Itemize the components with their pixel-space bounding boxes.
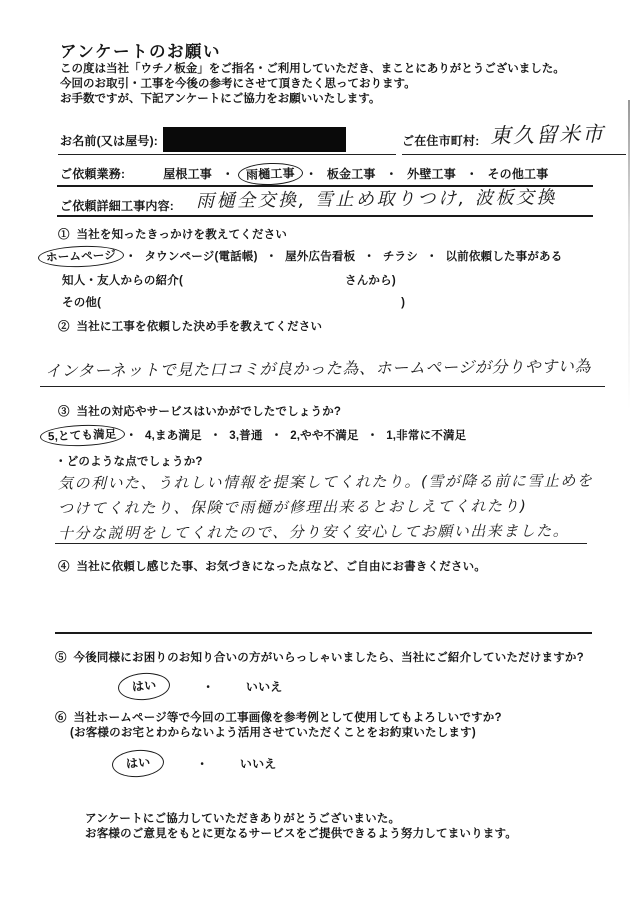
question-3-number: ③ [58, 406, 70, 418]
question-3-text: 当社の対応やサービスはいかがでしたでしょうか? [77, 406, 342, 418]
question-1-options-row: ホームページ ・ タウンページ(電話帳) ・ 屋外広告看板 ・ チラシ ・ 以前… [44, 248, 562, 264]
separator-dot: ・ [222, 166, 234, 182]
intro-paragraph: この度は当社「ウチノ板金」をご指名・ご利用していただき、まことにありがとうござい… [60, 62, 565, 107]
q1-option-flyer: チラシ [383, 248, 418, 264]
question-3-answer-underline [55, 543, 587, 544]
separator-dot: ・ [271, 427, 283, 443]
separator-dot: ・ [202, 679, 214, 695]
redacted-name-box [163, 127, 346, 152]
question-1-number: ① [58, 229, 70, 241]
q1-referral-suffix: さんから) [345, 275, 396, 287]
question-2-handwritten-answer: インターネットで見た口コミが良かった為、ホームページが分りやすい為 [45, 354, 591, 382]
question-3-handwritten-answer: 気の利いた、うれしい情報を提案してくれたり。(雪が降る前に雪止めを つけてくれた… [58, 470, 593, 545]
city-handwritten-value: 東久留米市 [490, 118, 606, 150]
name-field-label: お名前(又は屋号): [60, 132, 158, 149]
question-6-yesno-row: はい ・ いいえ [112, 750, 277, 777]
question-3-rating-row: 5,とても満足 ・ 4,まあ満足 ・ 3,普通 ・ 2,やや不満足 ・ 1,非常… [46, 427, 466, 443]
question-3-sub-question: ・どのような点でしょうか? [55, 453, 203, 469]
work-type-option-wall: 外壁工事 [407, 165, 456, 182]
q1-other-suffix: ) [401, 297, 405, 309]
question-5-text: 今後同様にお困りのお知り合いの方がいらっしゃいましたら、当社にご紹介していただけ… [74, 652, 584, 664]
scan-edge-artifact [628, 100, 630, 410]
intro-line-3: お手数ですが、下記アンケートにご協力をお願いいたします。 [60, 92, 565, 107]
separator-dot: ・ [363, 248, 375, 264]
q1-referral-line: 知人・友人からの紹介(さんから) [62, 272, 396, 288]
question-2-number: ② [58, 321, 70, 333]
work-type-option-sheetmetal: 板金工事 [327, 165, 376, 182]
q3-option-dissatisfied: 2,やや不満足 [290, 427, 359, 443]
work-detail-underline [57, 215, 593, 217]
intro-line-1: この度は当社「ウチノ板金」をご指名・ご利用していただき、まことにありがとうござい… [60, 62, 565, 77]
work-type-label: ご依頼業務: [60, 165, 125, 182]
work-type-option-gutter-circled: 雨樋工事 [237, 161, 303, 185]
q6-answer-yes-circled: はい [111, 748, 165, 779]
q1-option-townpage: タウンページ(電話帳) [144, 248, 257, 264]
question-1: ① 当社を知ったきっかけを教えてください [58, 226, 287, 242]
name-underline [58, 154, 396, 155]
work-detail-label: ご依頼詳細工事内容: [60, 197, 174, 214]
separator-dot: ・ [367, 427, 379, 443]
intro-line-2: 今回のお取引・工事を今後の参考にさせて頂きたく思っております。 [60, 77, 565, 92]
q3-answer-line-2: つけてくれたり、保険で雨樋が修理出来るとおしえてくれたり) [58, 494, 593, 522]
q3-option-very-satisfied-circled: 5,とても満足 [40, 423, 125, 447]
survey-document: アンケートのお願い この度は当社「ウチノ板金」をご指名・ご利用していただき、まこ… [0, 0, 640, 907]
separator-dot: ・ [125, 248, 137, 264]
q3-option-satisfied: 4,まあ満足 [145, 427, 202, 443]
work-detail-handwritten-value: 雨樋全交換, 雪止め取りつけ, 波板交換 [196, 183, 557, 213]
separator-dot: ・ [305, 166, 317, 182]
question-6-number: ⑥ [55, 712, 67, 724]
question-1-text: 当社を知ったきっかけを教えてください [77, 229, 288, 241]
question-5-yesno-row: はい ・ いいえ [118, 673, 283, 700]
separator-dot: ・ [196, 756, 208, 772]
city-field-label: ご在住市町村: [402, 132, 479, 149]
q3-option-very-dissatisfied: 1,非常に不満足 [386, 427, 466, 443]
city-underline [402, 154, 626, 155]
separator-dot: ・ [426, 248, 438, 264]
question-4-number: ④ [58, 561, 70, 573]
question-3: ③ 当社の対応やサービスはいかがでしたでしょうか? [58, 403, 341, 419]
separator-dot: ・ [266, 248, 278, 264]
q3-option-neutral: 3,普通 [229, 427, 262, 443]
section-divider-line [55, 632, 592, 634]
work-type-row: ご依頼業務: 屋根工事 ・ 雨樋工事 ・ 板金工事 ・ 外壁工事 ・ その他工事 [60, 165, 548, 182]
question-2-text: 当社に工事を依頼した決め手を教えてください [77, 321, 323, 333]
work-type-option-other: その他工事 [487, 165, 548, 182]
question-2-answer-underline [40, 386, 605, 387]
q5-answer-yes-circled: はい [117, 671, 171, 702]
question-4: ④ 当社に依頼し感じた事、お気づきになった点など、ご自由にお書きください。 [58, 558, 486, 574]
work-type-option-roof: 屋根工事 [163, 165, 212, 182]
q3-answer-line-1: 気の利いた、うれしい情報を提案してくれたり。(雪が降る前に雪止めを [58, 469, 593, 497]
question-5: ⑤ 今後同様にお困りのお知り合いの方がいらっしゃいましたら、当社にご紹介していた… [55, 649, 584, 665]
question-5-number: ⑤ [55, 652, 67, 664]
q1-other-prefix: その他( [62, 297, 101, 309]
q1-option-previous: 以前依頼した事がある [445, 248, 562, 264]
q5-answer-no: いいえ [246, 678, 283, 695]
q6-answer-no: いいえ [240, 755, 277, 772]
footer-line-1: アンケートにご協力していただきありがとうございまいた。 [85, 812, 517, 827]
footer-line-2: お客様のご意見をもとに更なるサービスをご提供できるよう努力してまいります。 [85, 827, 517, 842]
question-6-text-line-1: 当社ホームページ等で今回の工事画像を参考例として使用してもよろしいですか? [74, 712, 502, 724]
separator-dot: ・ [466, 166, 478, 182]
separator-dot: ・ [126, 427, 138, 443]
separator-dot: ・ [386, 166, 398, 182]
question-2: ② 当社に工事を依頼した決め手を教えてください [58, 318, 322, 334]
footer-thanks: アンケートにご協力していただきありがとうございまいた。 お客様のご意見をもとに更… [85, 812, 517, 842]
q1-other-line: その他() [62, 294, 405, 310]
q1-referral-prefix: 知人・友人からの紹介( [62, 275, 183, 287]
q1-option-homepage-circled: ホームページ [38, 244, 125, 268]
q1-option-billboard: 屋外広告看板 [285, 248, 355, 264]
question-4-text: 当社に依頼し感じた事、お気づきになった点など、ご自由にお書きください。 [77, 561, 487, 573]
page-title: アンケートのお願い [60, 38, 221, 62]
question-6: ⑥ 当社ホームページ等で今回の工事画像を参考例として使用してもよろしいですか? … [55, 711, 502, 741]
question-6-text-line-2: (お客様のお宅とわからないよう活用させていただくことをお約束いたします) [55, 726, 502, 741]
separator-dot: ・ [210, 427, 222, 443]
